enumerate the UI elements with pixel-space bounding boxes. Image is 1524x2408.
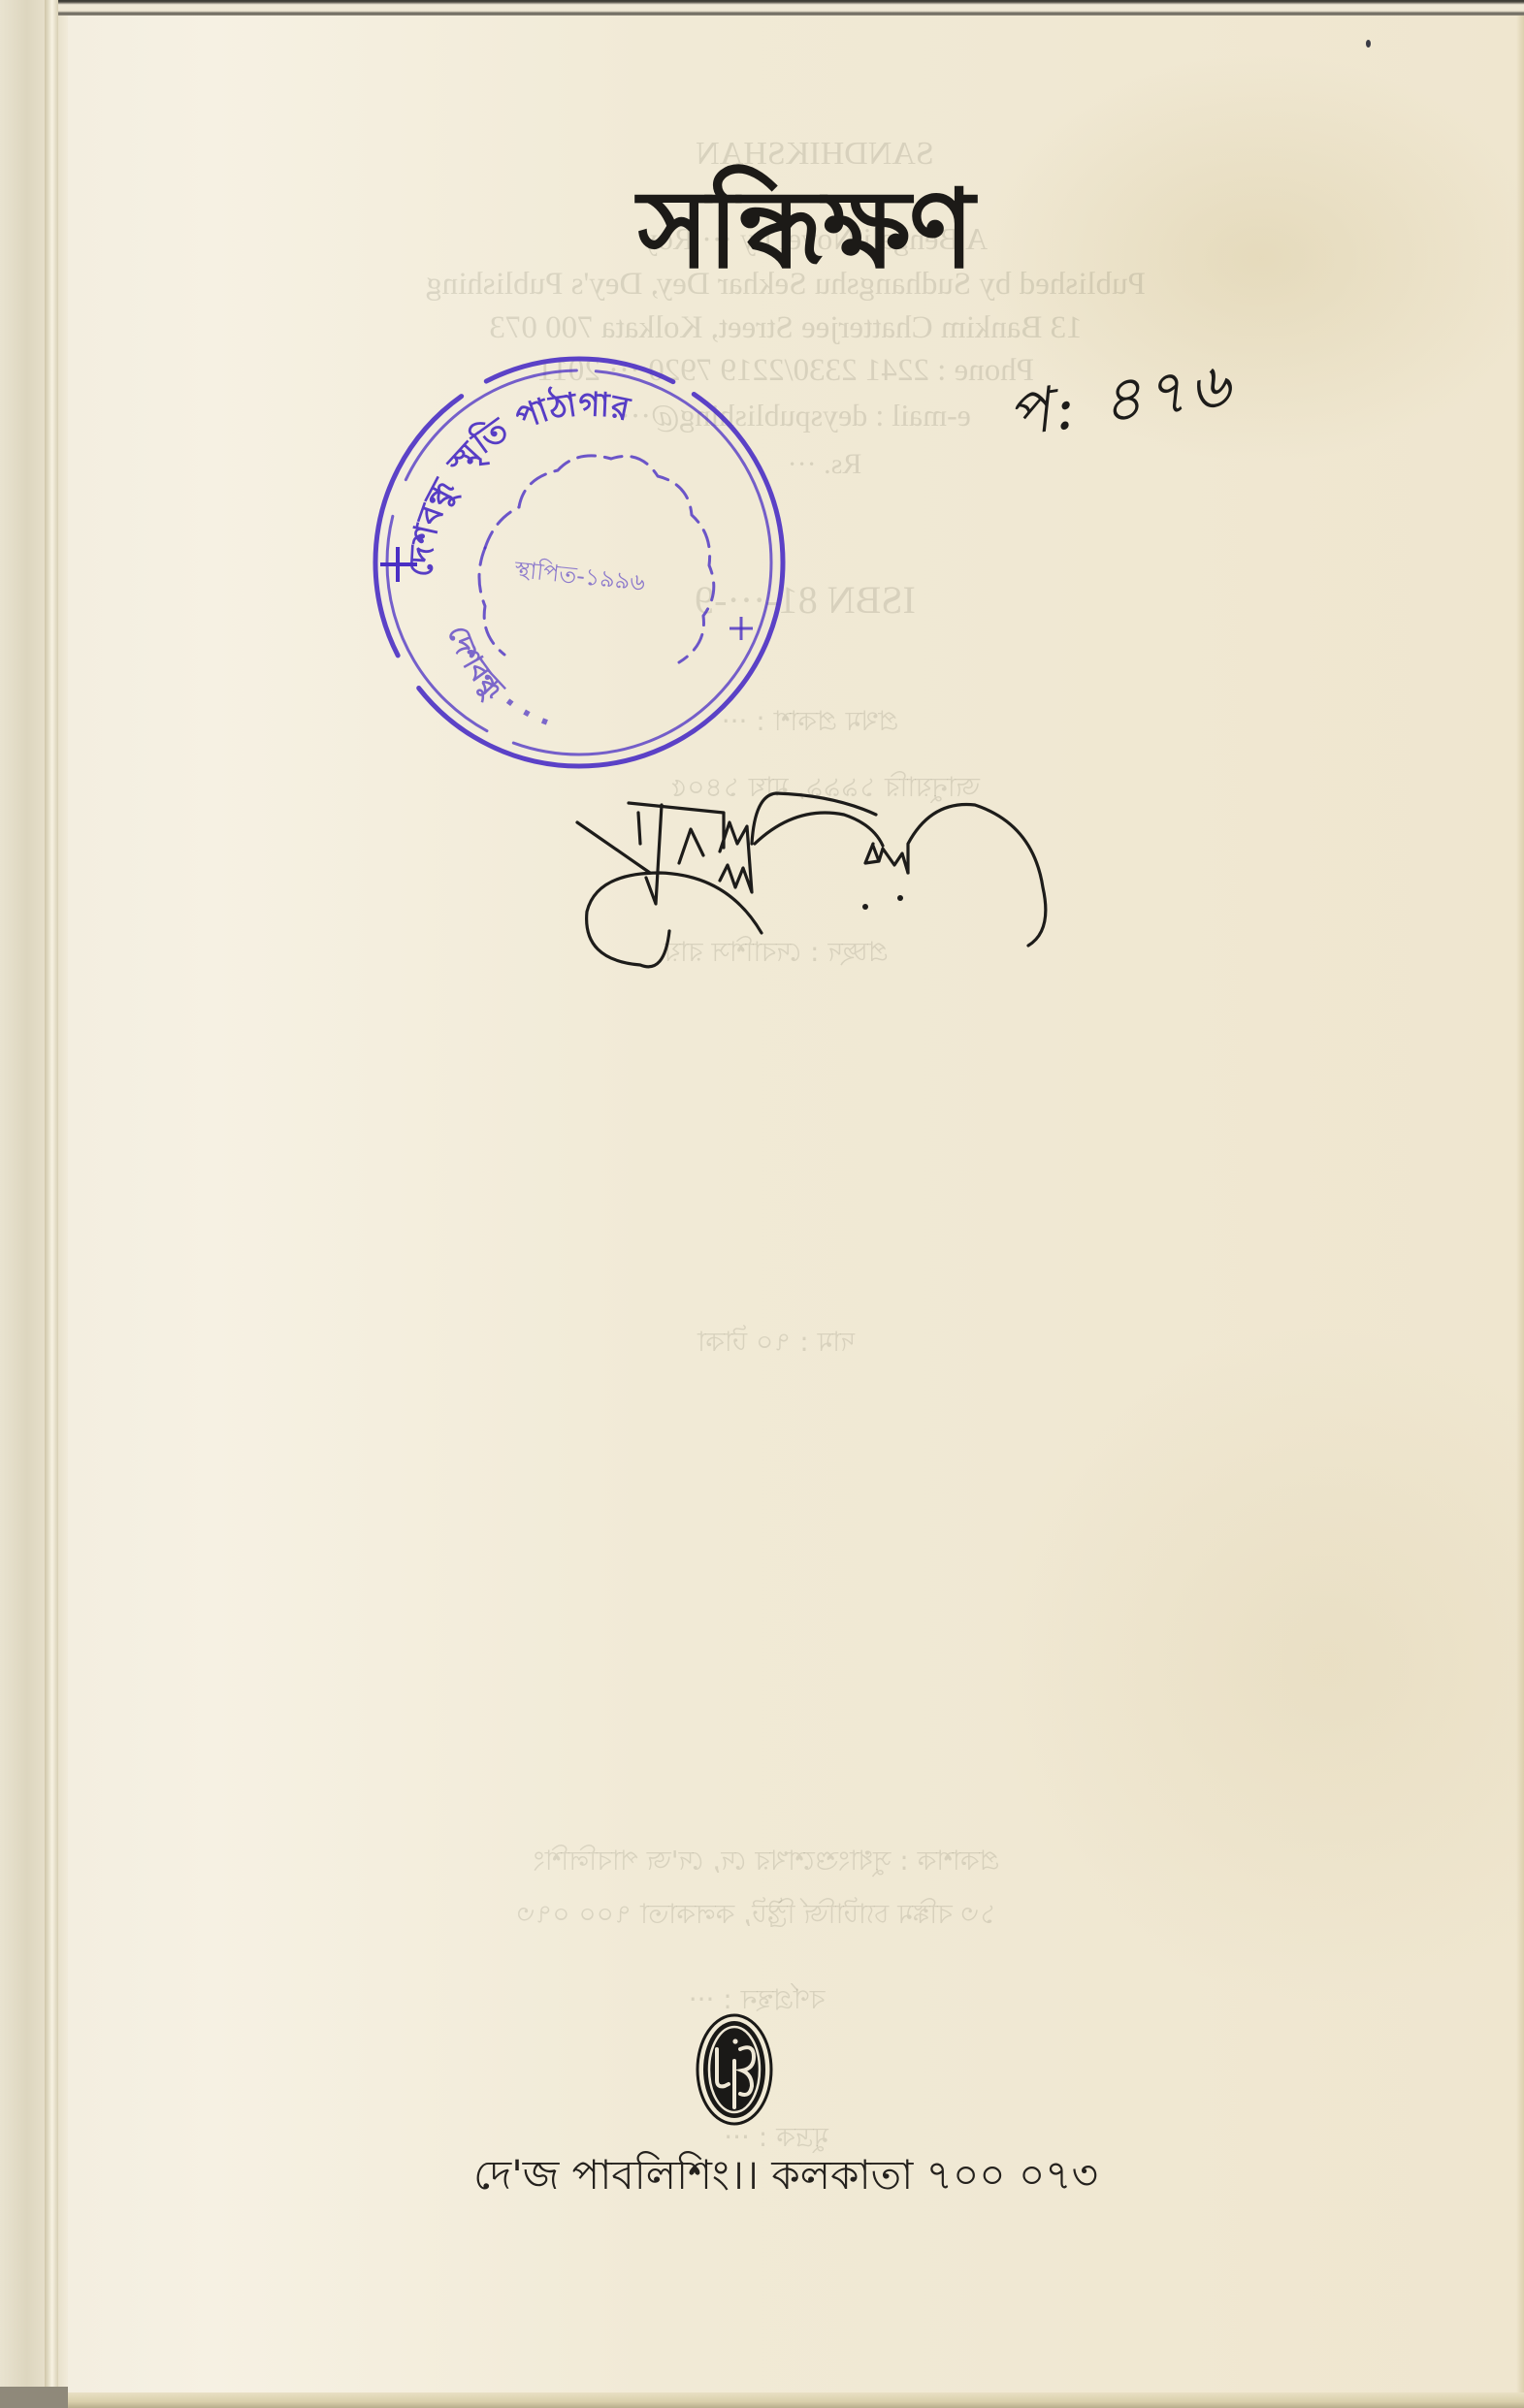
binding-fold [45, 0, 58, 2408]
handwritten-signature [553, 776, 1135, 989]
signature-icon [553, 776, 1135, 989]
bottom-page-edge [58, 2392, 1524, 2408]
stamp-seal-icon: দেশবন্ধু স্মৃতি পাঠাগার স্থাপিত-১৯৯৬ দেশ… [341, 339, 817, 776]
publisher-logo [696, 2012, 773, 2127]
ink-speck [1366, 40, 1371, 48]
top-page-edge [58, 0, 1524, 16]
right-edge-shadow [1516, 16, 1524, 2392]
scanned-page: SANDHIKSHAN A Bengali Novel by ··· Roy P… [0, 0, 1524, 2408]
stamp-inner-text: স্থাপিত-১৯৯৬ [512, 556, 646, 596]
book-title: সন্ধিক্ষণ [582, 165, 1028, 295]
deys-logo-icon [696, 2012, 773, 2127]
binding-gutter [58, 0, 68, 2408]
scan-corner [0, 2387, 68, 2408]
binding-flap [0, 0, 45, 2408]
stamp-lower-text: দেশবন্ধু · · · [440, 621, 556, 740]
stamp-outer-text: দেশবন্ধু স্মৃতি পাঠাগার [402, 382, 634, 577]
publisher-imprint: দে'জ পাবলিশিং।। কলকাতা ৭০০ ০৭৩ [407, 2143, 1164, 2212]
library-stamp: দেশবন্ধু স্মৃতি পাঠাগার স্থাপিত-১৯৯৬ দেশ… [341, 339, 817, 776]
